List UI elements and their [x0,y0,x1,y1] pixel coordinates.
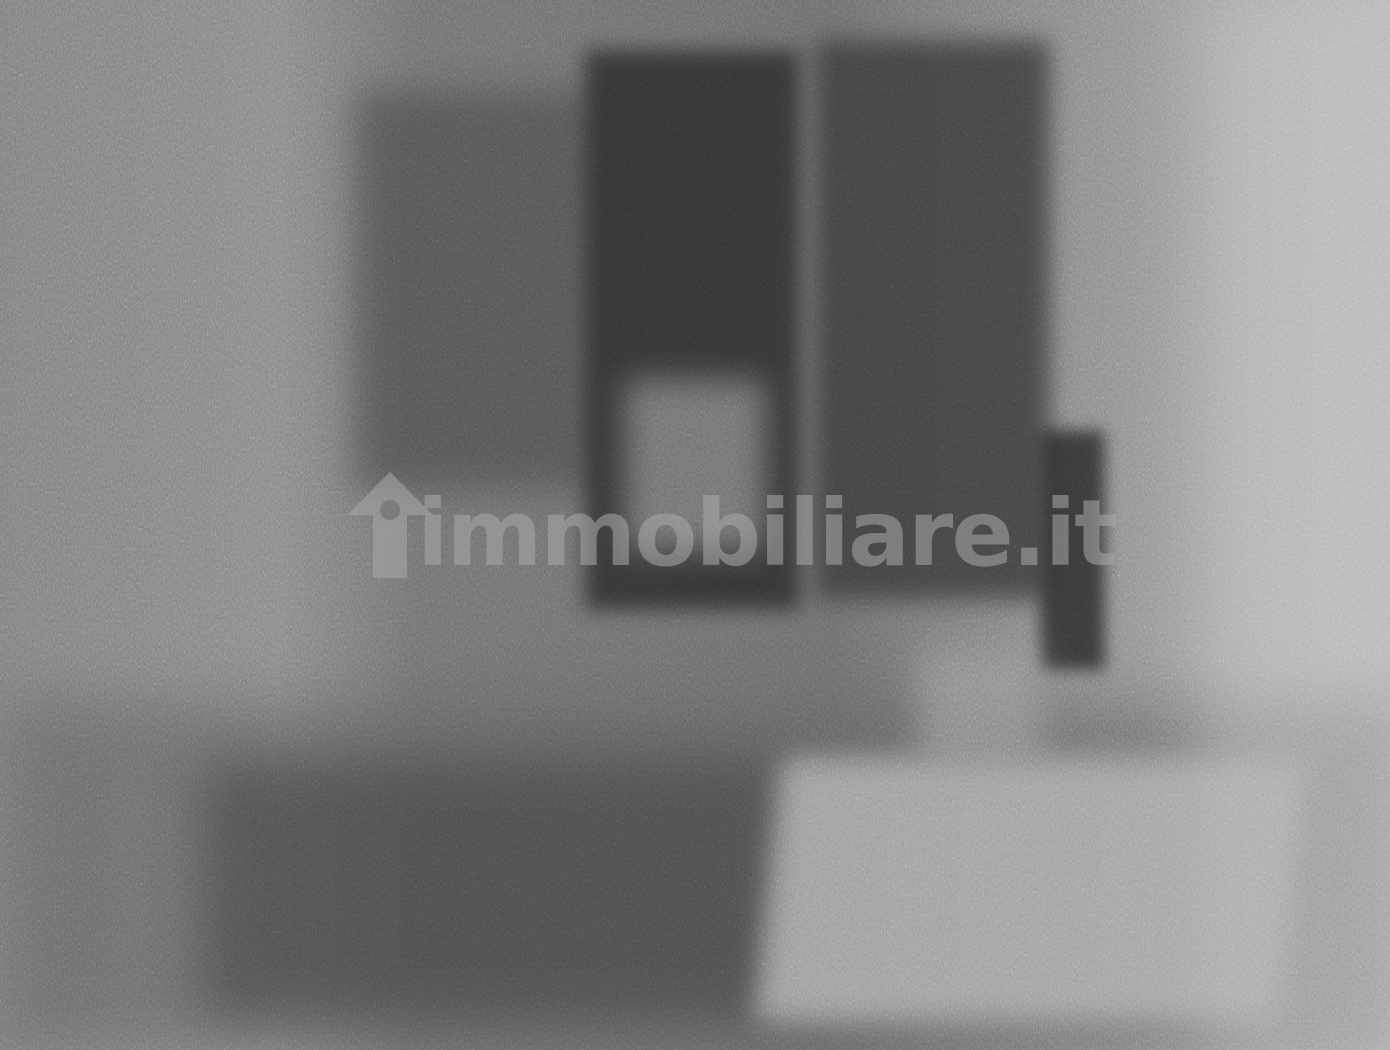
watermark-text: immobiliare.it [417,488,1116,580]
watermark: immobiliare.it [345,470,1116,580]
house-arrow-icon [345,470,435,580]
listing-photo: immobiliare.it [0,0,1390,1050]
